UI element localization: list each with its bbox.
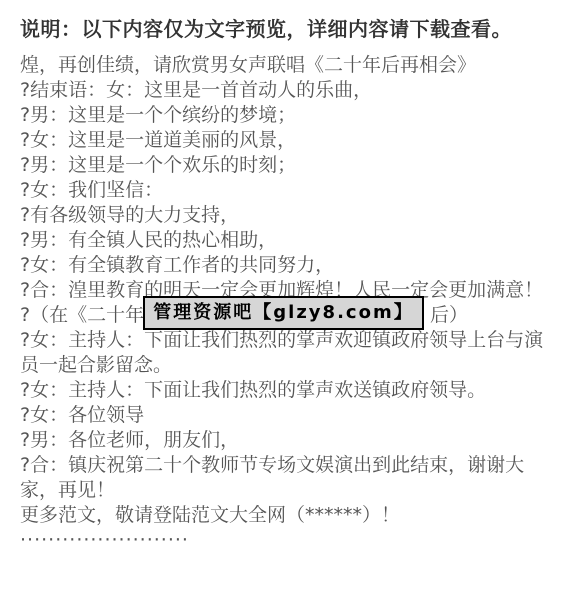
text-line: ?男：这里是一个个缤纷的梦境； bbox=[20, 103, 568, 128]
text-fragment-left: ?（在《二十年 bbox=[20, 304, 144, 326]
trailing-dots: ························ bbox=[20, 528, 568, 553]
preview-page: 说明：以下内容仅为文字预览，详细内容请下载查看。 煌，再创佳绩，请欣赏男女声联唱… bbox=[0, 0, 578, 600]
text-line: ?女：主持人：下面让我们热烈的掌声欢送镇政府领导。 bbox=[20, 378, 568, 403]
text-line: 更多范文，敬请登陆范文大全网（******）！ bbox=[20, 503, 568, 528]
text-line: ?结束语：女：这里是一首首动人的乐曲， bbox=[20, 78, 568, 103]
watermark-badge: 管理资源吧【glzy8.com】 bbox=[143, 296, 424, 330]
text-line: ?合：镇庆祝第二十个教师节专场文娱演出到此结束，谢谢大 bbox=[20, 453, 568, 478]
preview-notice: 说明：以下内容仅为文字预览，详细内容请下载查看。 bbox=[20, 13, 560, 42]
text-line: ?女：这里是一道道美丽的风景， bbox=[20, 128, 568, 153]
text-line: ?男：这里是一个个欢乐的时刻； bbox=[20, 153, 568, 178]
text-line: 煌，再创佳绩，请欣赏男女声联唱《二十年后再相会》 bbox=[20, 53, 568, 78]
text-line: ?男：有全镇人民的热心相助， bbox=[20, 228, 568, 253]
text-line: ?女：各位领导 bbox=[20, 403, 568, 428]
text-line: ?有各级领导的大力支持， bbox=[20, 203, 568, 228]
text-line: ?女：有全镇教育工作者的共同努力， bbox=[20, 253, 568, 278]
text-fragment-right: 后） bbox=[430, 303, 468, 328]
text-line: 家，再见！ bbox=[20, 478, 568, 503]
text-line: ?女：主持人：下面让我们热烈的掌声欢迎镇政府领导上台与演 bbox=[20, 328, 568, 353]
text-line: ?女：我们坚信： bbox=[20, 178, 568, 203]
watermark-text: 管理资源吧【glzy8.com】 bbox=[153, 302, 413, 323]
text-line: ?男：各位老师，朋友们， bbox=[20, 428, 568, 453]
text-line: 员一起合影留念。 bbox=[20, 353, 568, 378]
